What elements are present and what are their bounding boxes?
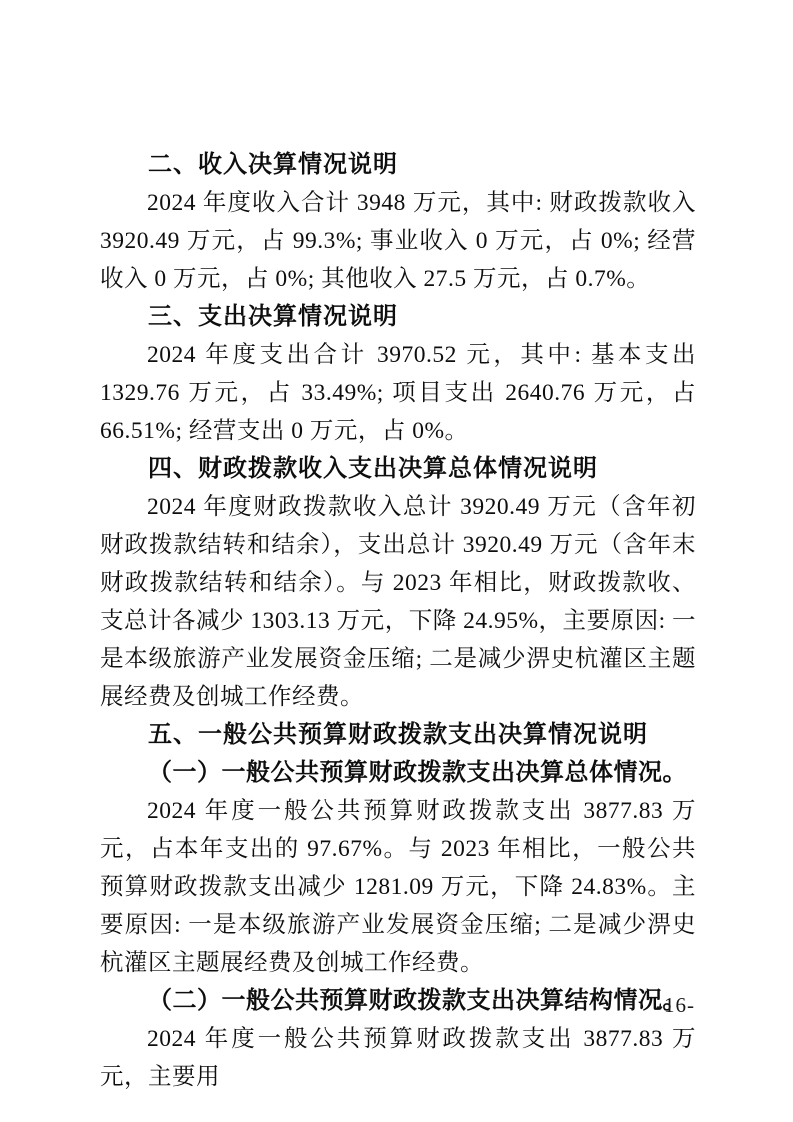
heading-section-5-general-budget: 五、一般公共预算财政拨款支出决算情况说明 bbox=[100, 716, 696, 754]
heading-section-2-income: 二、收入决算情况说明 bbox=[100, 146, 696, 184]
subheading-general-budget-overall: （一）一般公共预算财政拨款支出决算总体情况。 bbox=[100, 754, 696, 792]
subheading-general-budget-structure: （二）一般公共预算财政拨款支出决算结构情况。 bbox=[100, 982, 696, 1020]
para-fiscal-allocation-details: 2024 年度财政拨款收入总计 3920.49 万元（含年初财政拨款结转和结余）… bbox=[100, 488, 696, 716]
heading-section-4-fiscal-allocation: 四、财政拨款收入支出决算总体情况说明 bbox=[100, 450, 696, 488]
document-page: 二、收入决算情况说明 2024 年度收入合计 3948 万元，其中: 财政拨款收… bbox=[0, 0, 793, 1122]
page-number: -16- bbox=[656, 993, 695, 1018]
para-general-budget-structure: 2024 年度一般公共预算财政拨款支出 3877.83 万元，主要用 bbox=[100, 1020, 696, 1096]
para-general-budget-overall: 2024 年度一般公共预算财政拨款支出 3877.83 万元，占本年支出的 97… bbox=[100, 792, 696, 982]
para-income-details: 2024 年度收入合计 3948 万元，其中: 财政拨款收入 3920.49 万… bbox=[100, 184, 696, 298]
para-expenditure-details: 2024 年度支出合计 3970.52 元，其中: 基本支出 1329.76 万… bbox=[100, 336, 696, 450]
document-content: 二、收入决算情况说明 2024 年度收入合计 3948 万元，其中: 财政拨款收… bbox=[100, 146, 696, 1096]
heading-section-3-expenditure: 三、支出决算情况说明 bbox=[100, 298, 696, 336]
